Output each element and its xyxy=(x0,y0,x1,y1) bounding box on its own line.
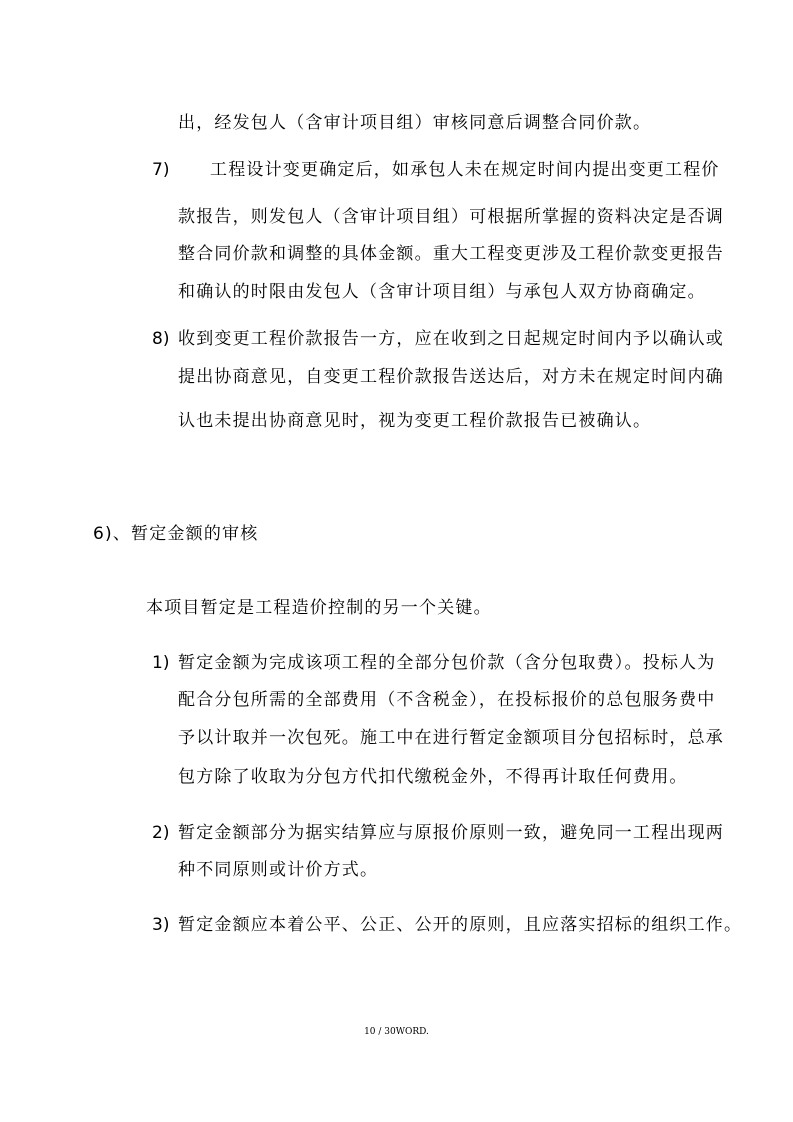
item8-line: 认也未提出协商意见时，视为变更工程价款报告已被确认。 xyxy=(178,411,651,431)
sub2-line: 暂定金额部分为据实结算应与原报价原则一致，避免同一工程出现两 xyxy=(178,823,724,843)
item7-line: 整合同价款和调整的具体金额。重大工程变更涉及工程价款变更报告 xyxy=(178,244,724,264)
page-footer: 10 / 30WORD. xyxy=(0,1027,793,1037)
continued-paragraph-line: 出，经发包人（含审计项目组）审核同意后调整合同价款。 xyxy=(178,113,651,133)
item7-line: 和确认的时限由发包人（含审计项目组）与承包人双方协商确定。 xyxy=(178,282,706,302)
sub2-line: 种不同原则或计价方式。 xyxy=(178,860,378,880)
list-number-2: 2) xyxy=(152,823,169,843)
section-heading: 6)、暂定金额的审核 xyxy=(93,524,258,544)
intro-paragraph: 本项目暂定是工程造价控制的另一个关键。 xyxy=(146,598,492,618)
list-number-3: 3) xyxy=(152,915,169,935)
list-number-1: 1) xyxy=(152,653,169,673)
item8-line: 提出协商意见，自变更工程价款报告送达后，对方未在规定时间内确 xyxy=(178,367,724,387)
list-number-7: 7) xyxy=(152,160,169,180)
list-number-8: 8) xyxy=(152,329,169,349)
sub1-line: 暂定金额为完成该项工程的全部分包价款（含分包取费）。投标人为 xyxy=(178,653,716,673)
item7-line: 工程设计变更确定后，如承包人未在规定时间内提出变更工程价 xyxy=(210,160,720,180)
item8-line: 收到变更工程价款报告一方，应在收到之日起规定时间内予以确认或 xyxy=(178,329,724,349)
sub3-line: 暂定金额应本着公平、公正、公开的原则，且应落实招标的组织工作。 xyxy=(178,915,742,935)
sub1-line: 予以计取并一次包死。施工中在进行暂定金额项目分包招标时，总承 xyxy=(178,728,724,748)
sub1-line: 配合分包所需的全部费用（不含税金），在投标报价的总包服务费中 xyxy=(178,690,716,710)
item7-line: 款报告，则发包人（含审计项目组）可根据所掌握的资料决定是否调 xyxy=(178,207,724,227)
sub1-line: 包方除了收取为分包方代扣代缴税金外，不得再计取任何费用。 xyxy=(178,767,688,787)
